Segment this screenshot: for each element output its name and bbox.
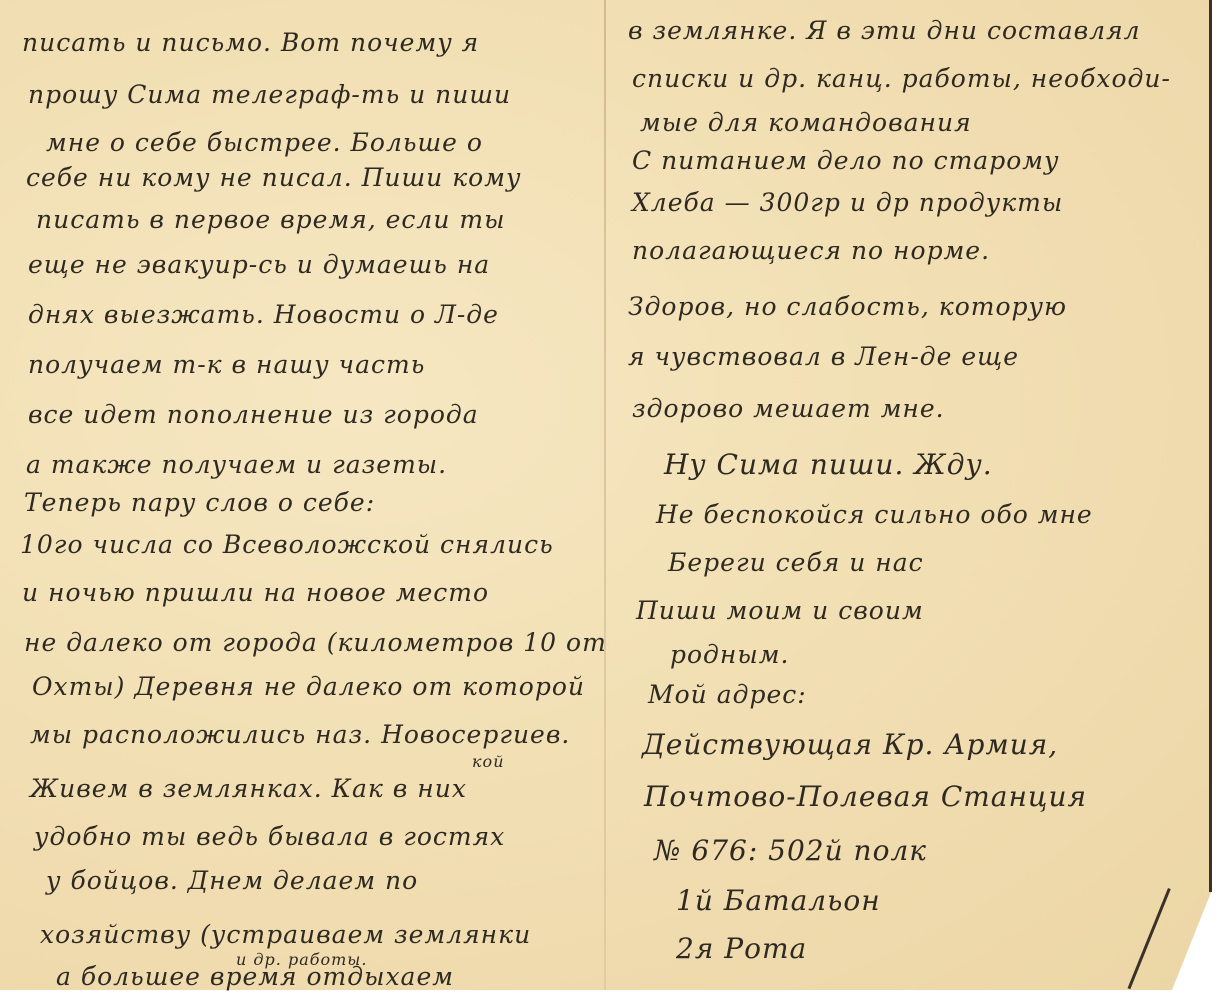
- address-line: № 676: 502й полк: [654, 834, 927, 867]
- text-line: 10го числа со Всеволожской снялись: [20, 530, 554, 559]
- text-line: я чувствовал в Лен-де еще: [628, 342, 1019, 371]
- text-line: все идет пополнение из города: [28, 400, 479, 429]
- text-line: а также получаем и газеты.: [26, 450, 447, 479]
- text-line: Ну Сима пиши. Жду.: [664, 448, 993, 481]
- text-line: С питанием дело по старому: [632, 146, 1059, 175]
- text-line: родным.: [670, 640, 789, 669]
- left-page: писать и письмо. Вот почему я прошу Сима…: [0, 0, 600, 990]
- text-line: мые для командования: [640, 108, 972, 137]
- text-line: получаем т-к в нашу часть: [28, 350, 425, 379]
- text-line: и ночью пришли на новое место: [22, 578, 489, 607]
- text-line: Пиши моим и своим: [636, 596, 924, 625]
- text-line: хозяйству (устраиваем землянки: [40, 920, 531, 949]
- text-line: прошу Сима телеграф-ть и пиши: [28, 80, 511, 109]
- text-line: Охты) Деревня не далеко от которой: [32, 672, 585, 701]
- text-line: списки и др. канц. работы, необходи-: [632, 64, 1171, 93]
- text-line-insertion: кой: [472, 752, 505, 771]
- text-line: а большее время отдыхаем: [56, 962, 454, 991]
- text-line: писать в первое время, если ты: [36, 205, 505, 234]
- text-line: днях выезжать. Новости о Л-де: [28, 300, 499, 329]
- text-line: мы расположились наз. Новосергиев.: [30, 720, 570, 749]
- text-line: полагающиеся по норме.: [632, 236, 990, 265]
- text-line: Живем в землянках. Как в них: [30, 774, 467, 803]
- text-line: еще не эвакуир-сь и думаешь на: [28, 250, 490, 279]
- address-label: Мой адрес:: [648, 680, 807, 709]
- address-line: Действующая Кр. Армия,: [642, 728, 1058, 761]
- text-line: Не беспокойся сильно обо мне: [656, 500, 1093, 529]
- text-line: мне о себе быстрее. Больше о: [46, 128, 483, 157]
- text-line: здорово мешает мне.: [632, 394, 945, 423]
- address-line: Почтово-Полевая Станция: [644, 780, 1087, 813]
- text-line: Береги себя и нас: [668, 548, 924, 577]
- text-line: Теперь пару слов о себе:: [24, 488, 375, 517]
- text-line: в землянке. Я в эти дни составлял: [628, 16, 1141, 45]
- address-line: 1й Батальон: [676, 884, 881, 917]
- text-line: удобно ты ведь бывала в гостях: [34, 822, 505, 851]
- address-line: 2я Рота: [676, 932, 807, 965]
- paper-fold-line: [604, 0, 606, 990]
- text-line: себе ни кому не писал. Пиши кому: [26, 163, 521, 192]
- text-line: не далеко от города (километров 10 от: [24, 628, 607, 657]
- text-line: Хлеба — 300гр и др продукты: [632, 188, 1063, 217]
- right-page: в землянке. Я в эти дни составлял списки…: [612, 0, 1208, 990]
- text-line: писать и письмо. Вот почему я: [22, 28, 479, 57]
- paper-right-edge: [1209, 0, 1212, 892]
- text-line: у бойцов. Днем делаем по: [46, 866, 418, 895]
- text-line: Здоров, но слабость, которую: [628, 292, 1067, 321]
